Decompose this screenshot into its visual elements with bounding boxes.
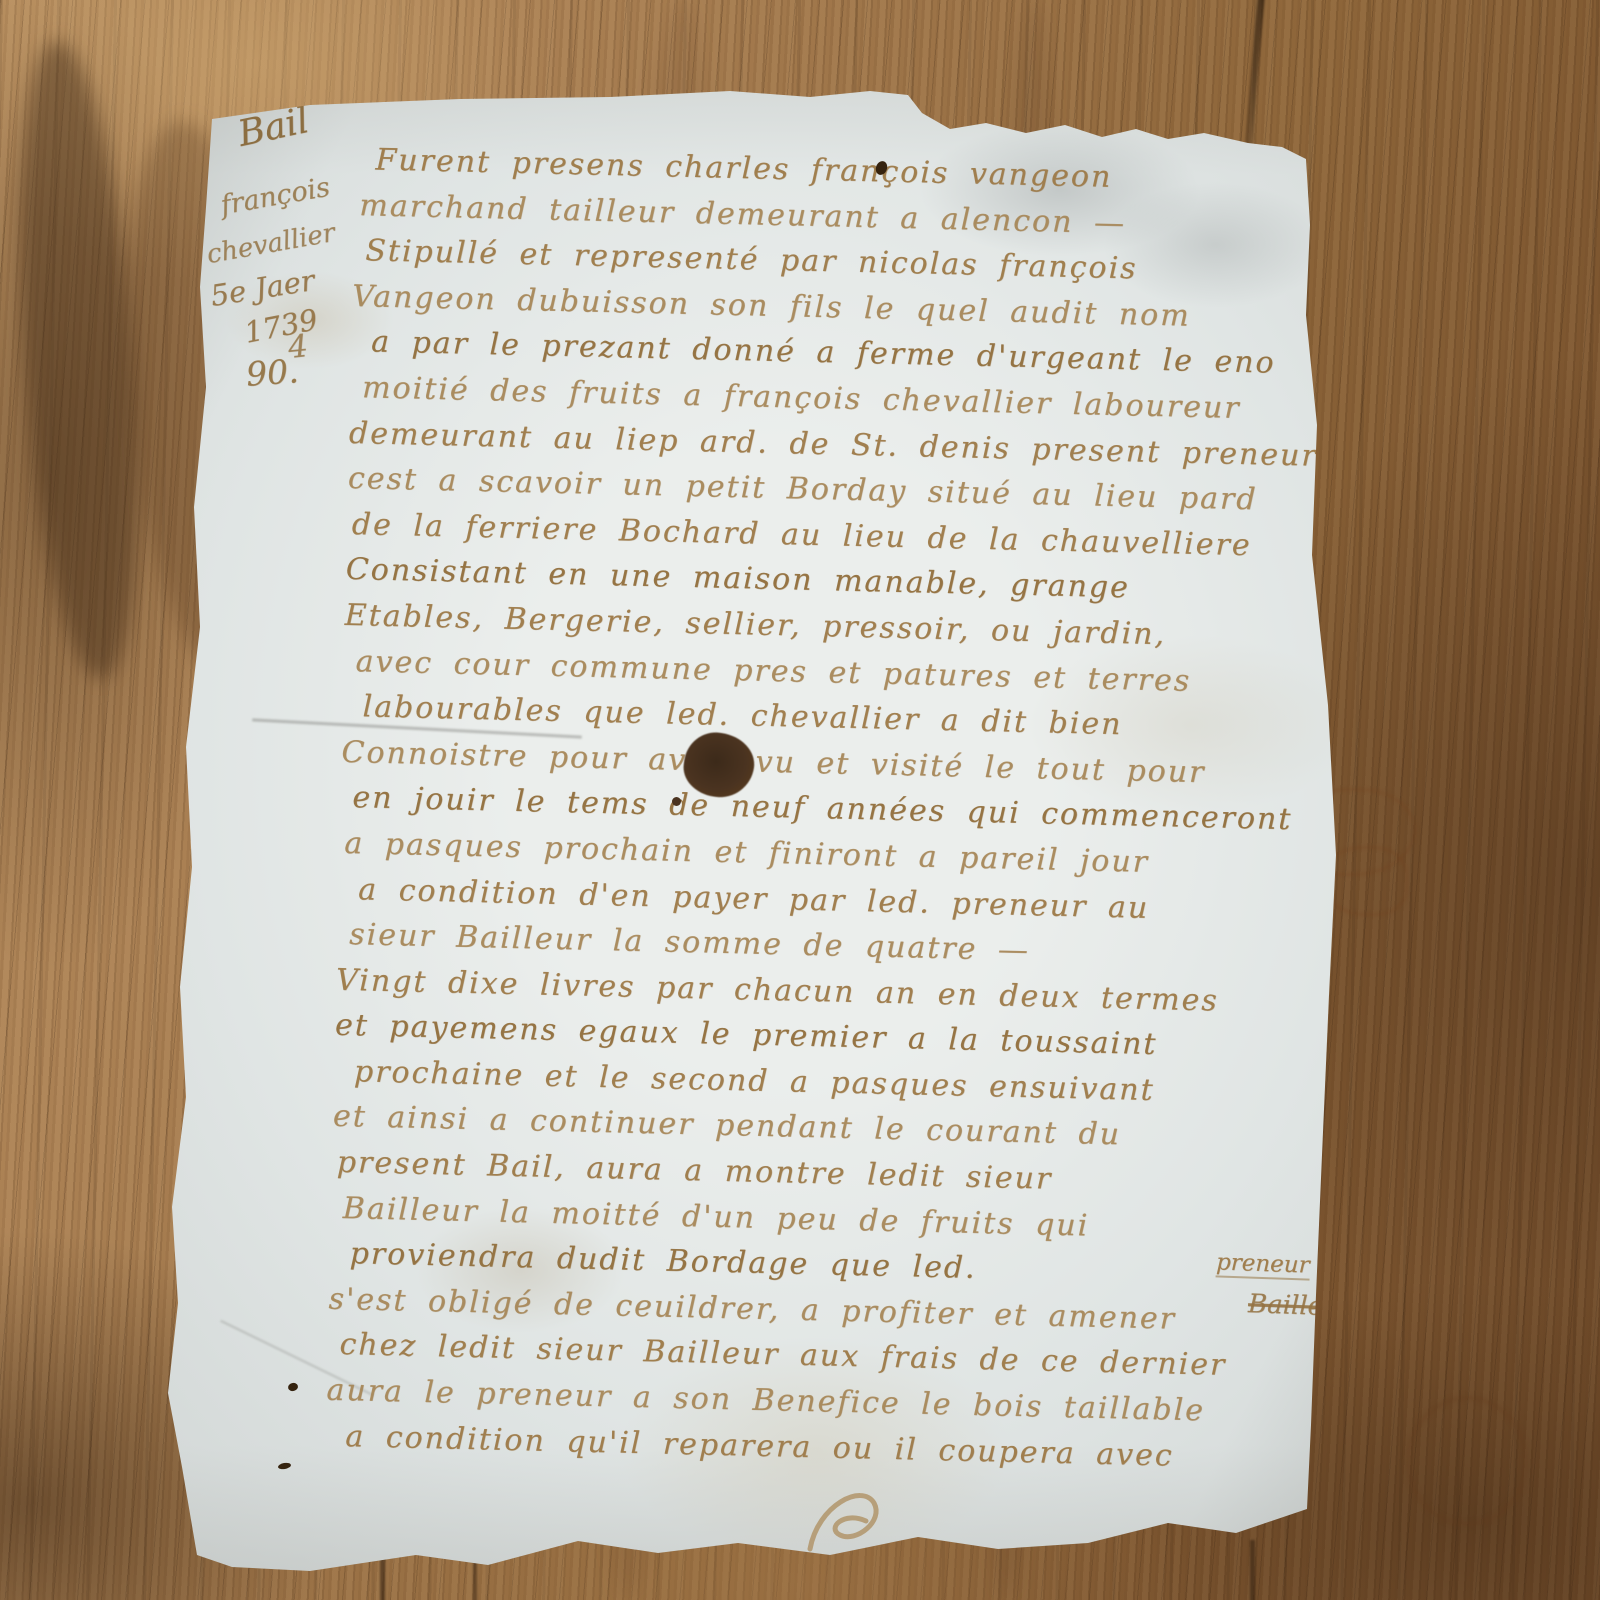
manuscript-text-block: Furent presens charles françois vangeonm…	[325, 137, 1366, 1483]
ink-blot-droplet	[672, 797, 681, 806]
photo-of-manuscript: Bail françois chevallier 5e Jaer 1739 4 …	[0, 0, 1600, 1600]
manuscript-page: Bail françois chevallier 5e Jaer 1739 4 …	[160, 85, 1350, 1580]
water-ring-stain	[1406, 1396, 1528, 1526]
paper-hole	[287, 1382, 299, 1392]
paper-hole	[278, 1462, 292, 1470]
margin-note-name: françois	[218, 172, 332, 222]
plank-seam	[1250, 1540, 1255, 1600]
interline-correction: preneur	[1216, 1249, 1310, 1280]
margin-note-year: 1739	[241, 302, 320, 349]
margin-note-name: chevallier	[204, 218, 337, 270]
margin-note-fee: 90.	[245, 351, 300, 394]
